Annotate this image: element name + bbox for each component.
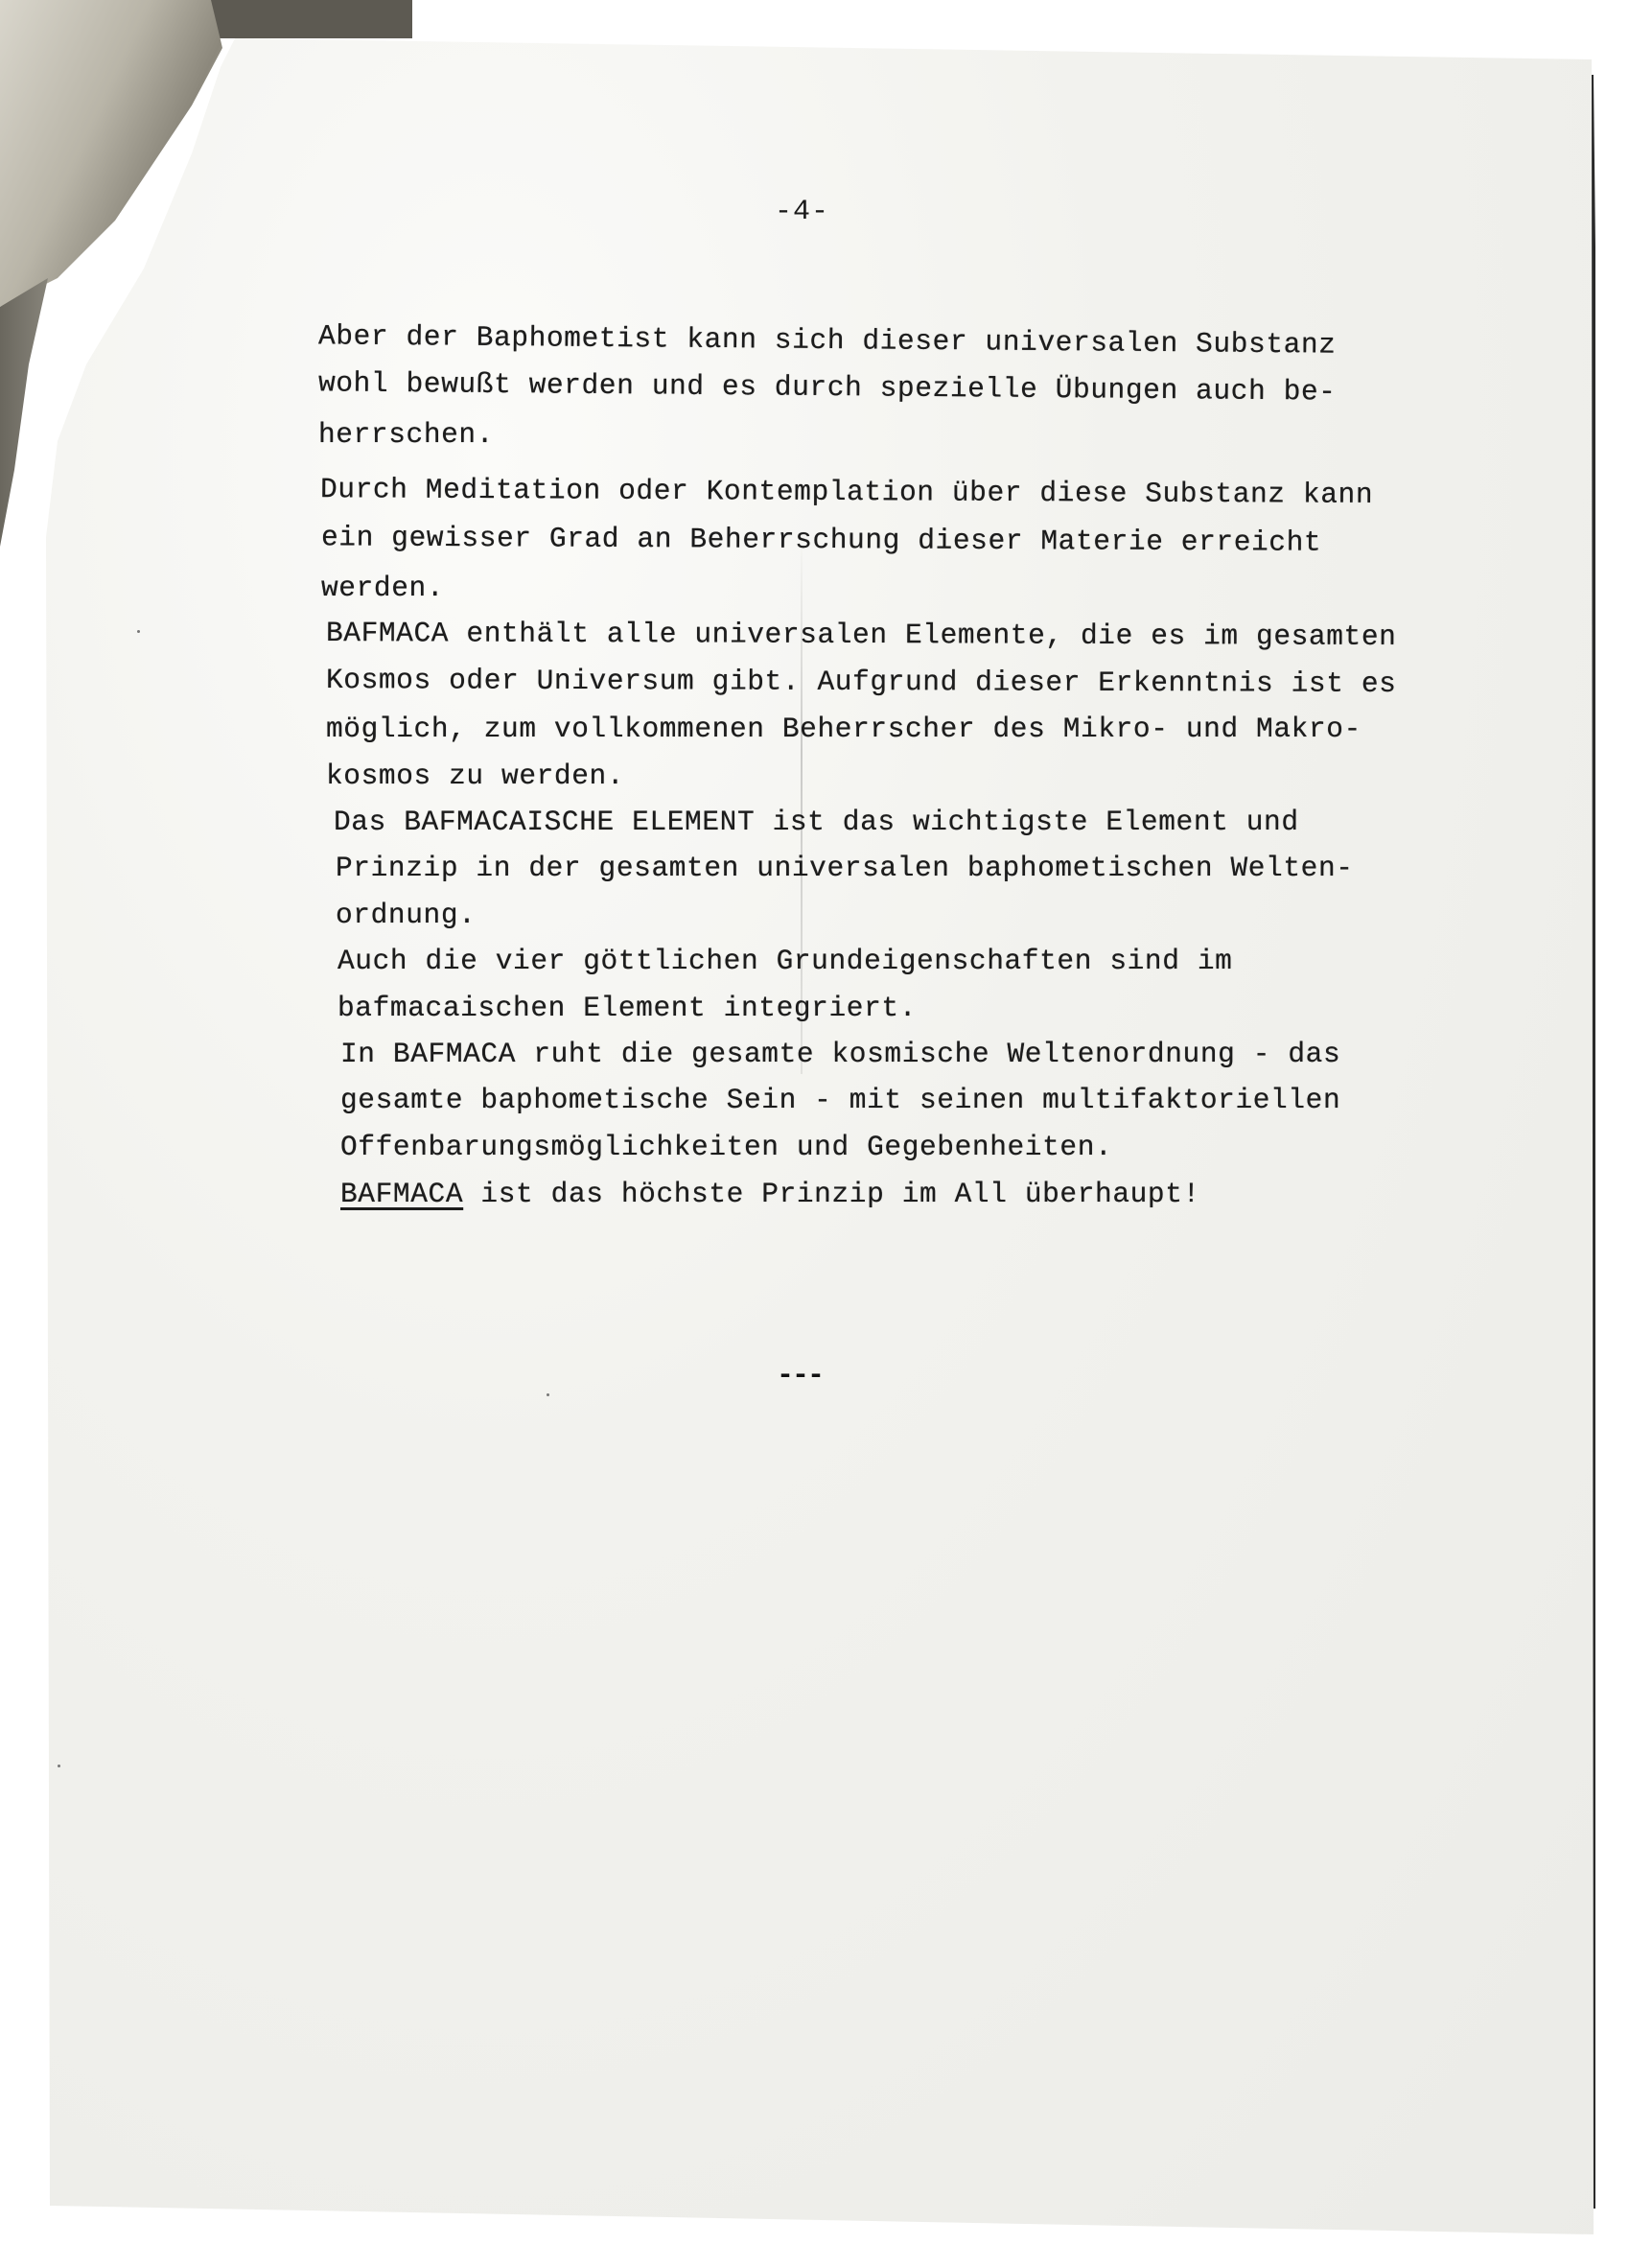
- text-line: ordnung.: [336, 899, 476, 931]
- text-line: Durch Meditation oder Kontemplation über…: [320, 473, 1373, 511]
- final-line-rest: ist das höchste Prinzip im All überhaupt…: [463, 1178, 1200, 1210]
- page-content: -4- Aber der Baphometist kann sich diese…: [0, 0, 1629, 2268]
- text-line: möglich, zum vollkommenen Beherrscher de…: [326, 713, 1361, 745]
- text-line: In BAFMACA ruht die gesamte kosmische We…: [340, 1038, 1340, 1070]
- text-line: gesamte baphometische Sein - mit seinen …: [340, 1084, 1340, 1116]
- page-number: -4-: [775, 196, 829, 228]
- photo-scene: -4- Aber der Baphometist kann sich diese…: [0, 0, 1629, 2268]
- text-line: Prinzip in der gesamten universalen baph…: [336, 852, 1354, 884]
- text-line: herrschen.: [318, 418, 494, 451]
- text-line: werden.: [321, 572, 444, 604]
- text-line: Offenbarungsmöglichkeiten und Gegebenhei…: [340, 1131, 1112, 1163]
- text-line: wohl bewußt werden und es durch speziell…: [318, 366, 1337, 408]
- text-line: BAFMACA enthält alle universalen Element…: [326, 617, 1397, 653]
- final-text-line: BAFMACA ist das höchste Prinzip im All ü…: [340, 1178, 1200, 1210]
- text-line: Kosmos oder Universum gibt. Aufgrund die…: [326, 664, 1397, 700]
- text-line: kosmos zu werden.: [326, 760, 624, 792]
- end-mark: ---: [777, 1360, 823, 1392]
- text-line: Auch die vier göttlichen Grundeigenschaf…: [337, 945, 1232, 977]
- underlined-term: BAFMACA: [340, 1178, 463, 1210]
- text-line: Aber der Baphometist kann sich dieser un…: [318, 319, 1337, 361]
- text-line: bafmacaischen Element integriert.: [337, 992, 917, 1024]
- text-line: Das BAFMACAISCHE ELEMENT ist das wichtig…: [334, 806, 1299, 838]
- text-line: ein gewisser Grad an Beherrschung dieser…: [321, 521, 1321, 558]
